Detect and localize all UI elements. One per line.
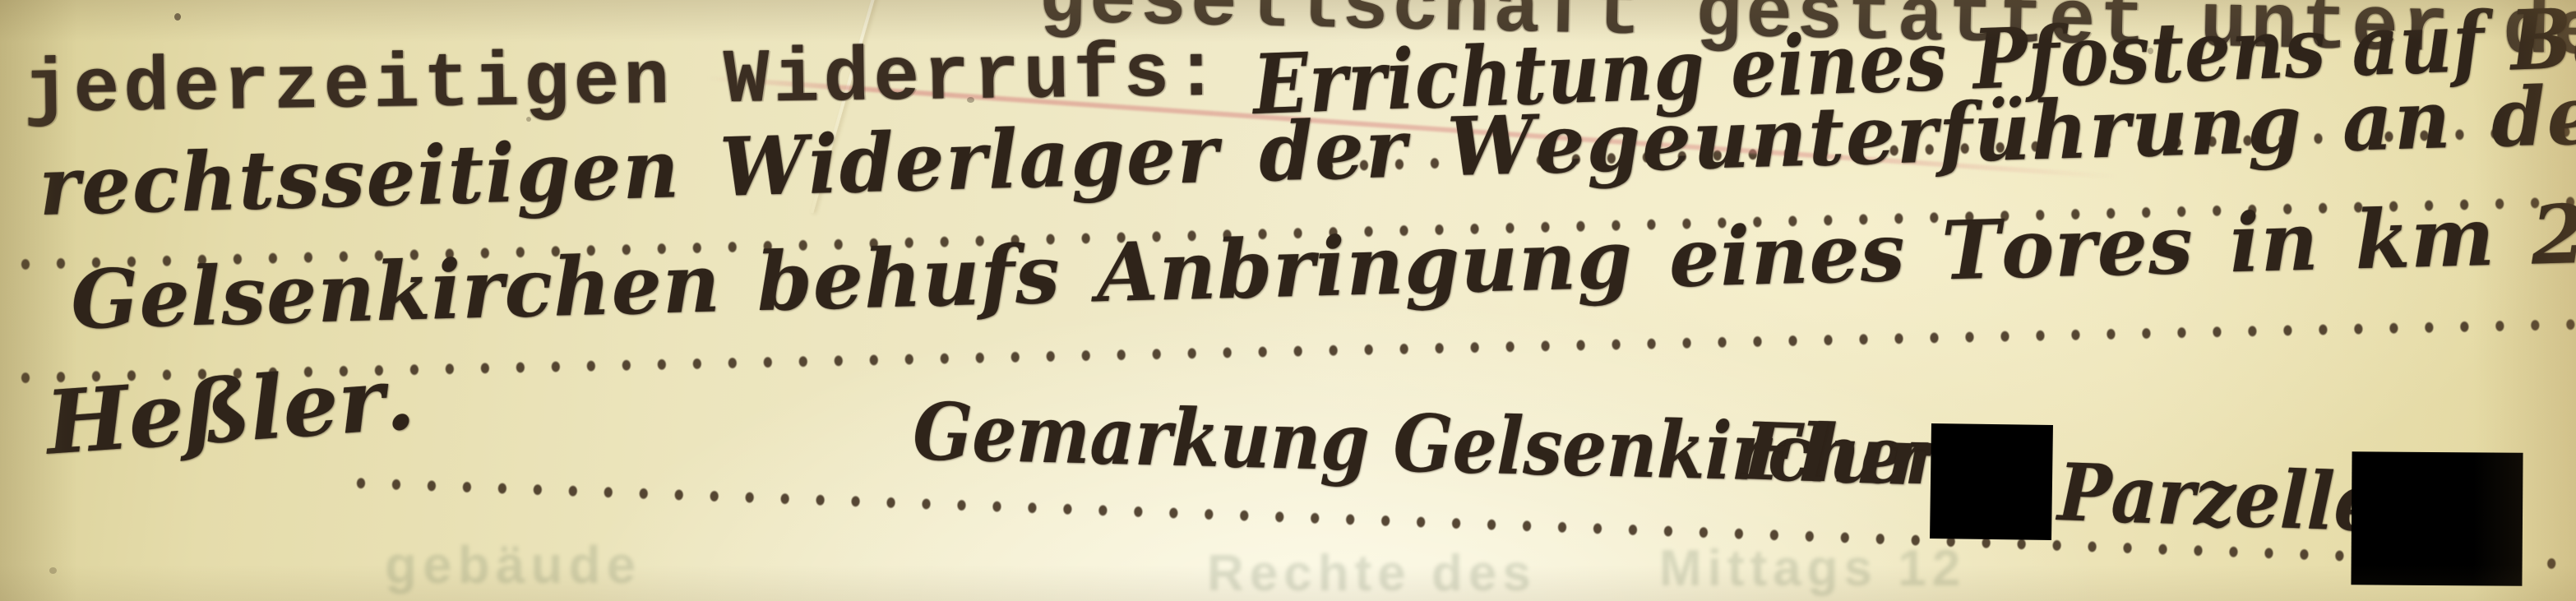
redaction-box-flur-number <box>1930 423 2053 540</box>
ink-speck <box>174 13 181 21</box>
handwritten-flur-label: Flur <box>1741 405 1930 504</box>
document-photo: gebäude Rechte des Mittags 12 gesellscha… <box>0 0 2576 601</box>
bleed-through-text-3: Mittags 12 <box>1659 539 1966 598</box>
bleed-through-text-2: Rechte des <box>1207 544 1537 601</box>
handwritten-parzelle-label: Parzelle <box>2056 446 2381 550</box>
ink-speck <box>49 567 57 574</box>
ink-speck <box>967 97 974 103</box>
redaction-box-parzelle-number <box>2351 451 2523 585</box>
ink-speck <box>526 117 531 122</box>
bleed-through-text-1: gebäude <box>385 534 641 595</box>
ink-speck <box>2148 48 2153 54</box>
